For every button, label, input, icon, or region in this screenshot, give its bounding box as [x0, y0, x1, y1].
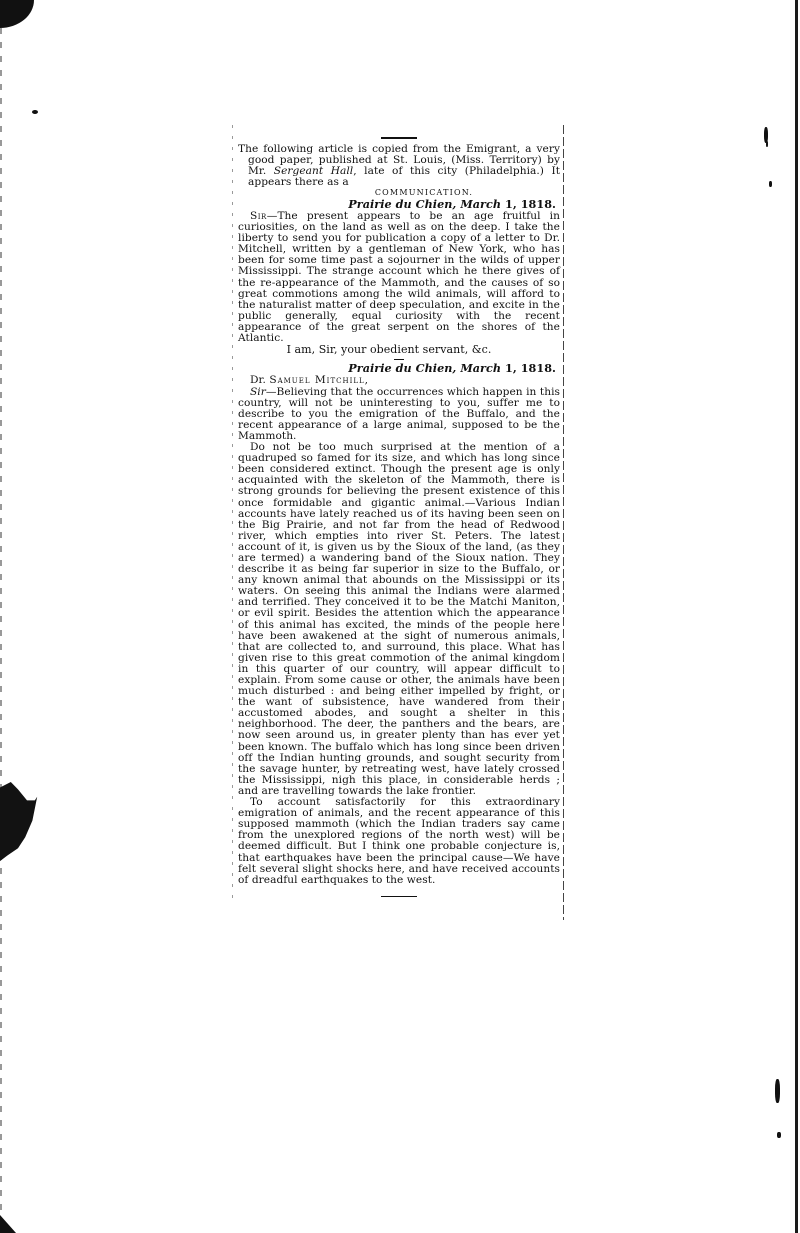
separator-rule-bottom [381, 896, 417, 898]
separator-rule-top [381, 137, 417, 139]
separator-rule-mid [394, 359, 404, 360]
dateline-year: 1, 1818. [501, 197, 556, 211]
dateline-place: Prairie du Chien, March [348, 361, 501, 375]
ink-speck [32, 110, 38, 114]
scan-corner-shadow-top-left [0, 0, 34, 28]
margin-mark [766, 141, 768, 147]
page-edge-left [0, 0, 2, 1233]
editor-intro: The following article is copied from the… [238, 144, 560, 188]
column-rule-right [563, 125, 564, 920]
letter-1-text: —The present appears to be an age fruitf… [238, 210, 560, 344]
ink-blotch-left-margin [0, 782, 60, 874]
paragraph-text: —Believing that the occurrences which ha… [238, 386, 560, 442]
margin-mark [777, 1132, 781, 1138]
newspaper-column: The following article is copied from the… [238, 128, 560, 897]
dateline-place: Prairie du Chien, March [348, 197, 501, 211]
margin-mark [775, 1079, 780, 1103]
page-edge-right [795, 0, 798, 1233]
dateline-year: 1, 1818. [501, 361, 556, 375]
column-rule-left [232, 125, 233, 905]
letter-2-paragraph: To account satisfactorily for this extra… [238, 797, 560, 886]
margin-mark [769, 181, 772, 187]
scan-corner-shadow-bottom-left [0, 1215, 16, 1233]
letter-2-paragraph: Sir—Believing that the occurrences which… [238, 387, 560, 442]
letter-2-paragraph: Do not be too much surprised at the ment… [238, 442, 560, 797]
letter-1-body: Sir—The present appears to be an age fru… [238, 211, 560, 344]
signoff: I am, Sir, your obedient servant, &c. [238, 344, 560, 356]
